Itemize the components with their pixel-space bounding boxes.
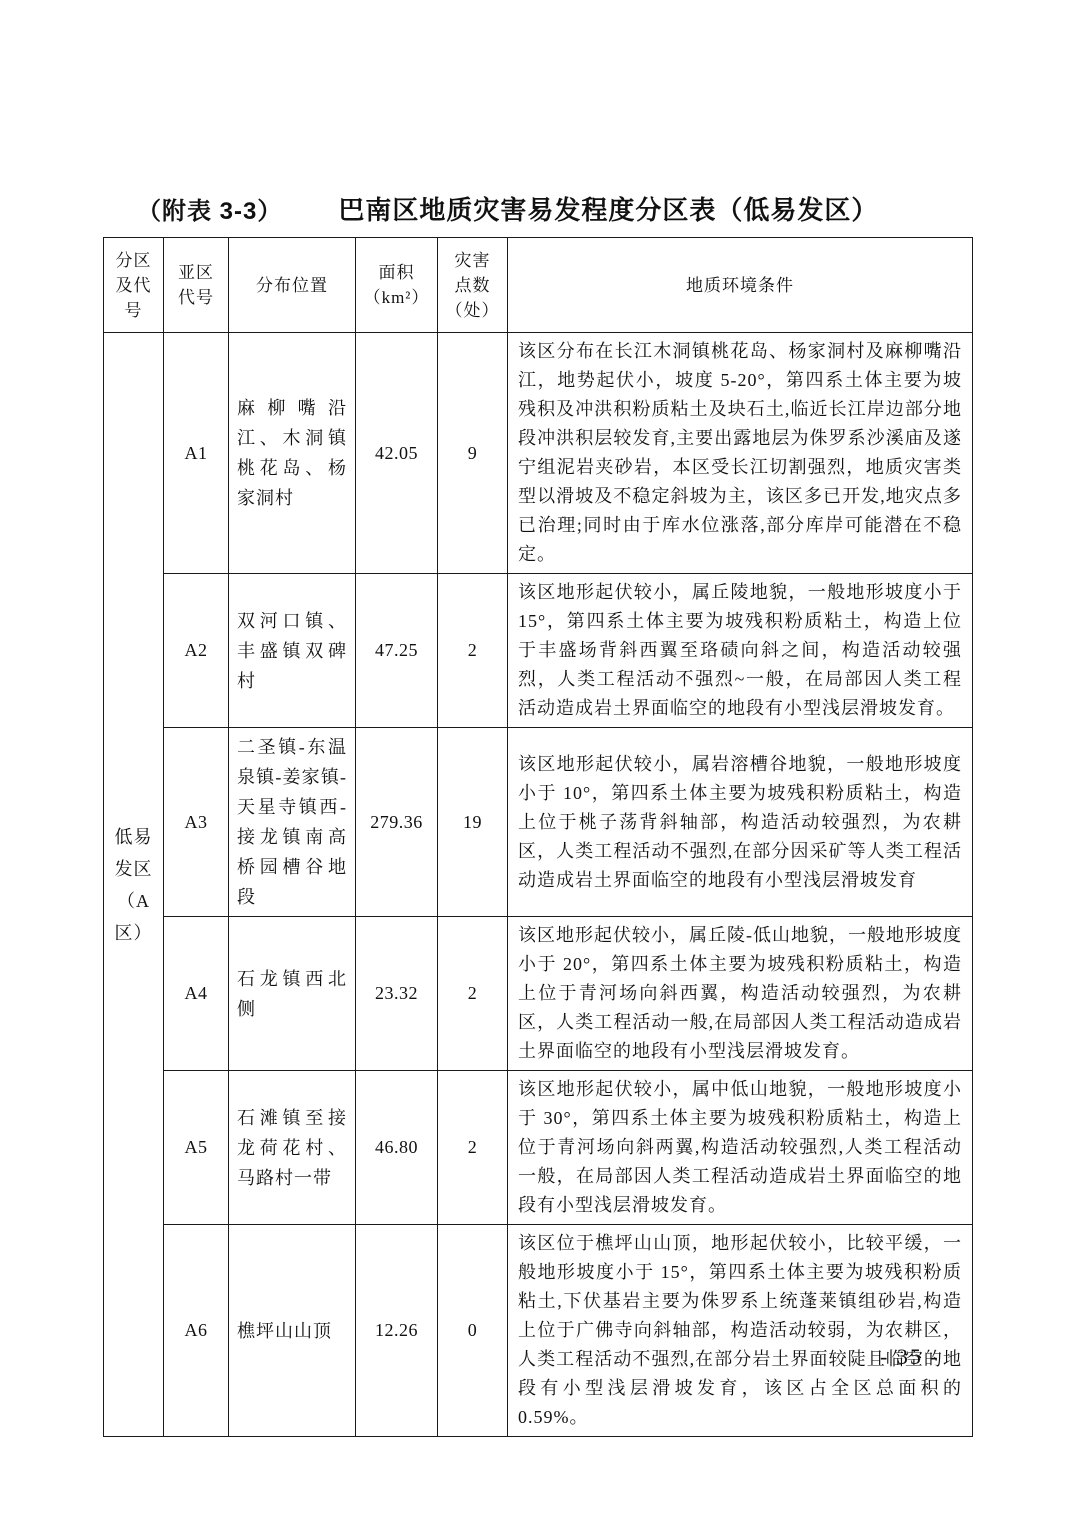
table-row-a4: A4 石龙镇西北侧 23.32 2 该区地形起伏较小，属丘陵-低山地貌，一般地形…	[104, 917, 973, 1071]
subzone-code-cell: A4	[164, 917, 229, 1071]
disaster-points-cell: 2	[438, 917, 508, 1071]
col-header-zone: 分区 及代 号	[104, 238, 164, 333]
subzone-code-cell: A1	[164, 333, 229, 574]
location-cell: 二圣镇-东温泉镇-姜家镇-天星寺镇西-接龙镇南高桥园槽谷地段	[229, 728, 356, 917]
subzone-code-cell: A6	[164, 1225, 229, 1437]
location-cell: 石龙镇西北侧	[229, 917, 356, 1071]
location-cell: 樵坪山山顶	[229, 1225, 356, 1437]
zoning-table: 分区 及代 号 亚区 代号 分布位置 面积 （km²） 灾害 点数 （处） 地质…	[103, 237, 973, 1437]
area-cell: 42.05	[356, 333, 438, 574]
disaster-points-cell: 2	[438, 1071, 508, 1225]
location-cell: 双河口镇、丰盛镇双碑村	[229, 574, 356, 728]
area-cell: 12.26	[356, 1225, 438, 1437]
table-row-a3: A3 二圣镇-东温泉镇-姜家镇-天星寺镇西-接龙镇南高桥园槽谷地段 279.36…	[104, 728, 973, 917]
disaster-points-cell: 9	[438, 333, 508, 574]
col-header-location: 分布位置	[229, 238, 356, 333]
table-row-a2: A2 双河口镇、丰盛镇双碑村 47.25 2 该区地形起伏较小，属丘陵地貌，一般…	[104, 574, 973, 728]
col-header-geo-condition: 地质环境条件	[508, 238, 973, 333]
col-header-area: 面积 （km²）	[356, 238, 438, 333]
subzone-code-cell: A2	[164, 574, 229, 728]
col-header-disaster-points: 灾害 点数 （处）	[438, 238, 508, 333]
page-number: - 35 -	[880, 1344, 940, 1370]
disaster-points-cell: 19	[438, 728, 508, 917]
geo-condition-cell: 该区位于樵坪山山顶，地形起伏较小，比较平缓，一般地形坡度小于 15°，第四系土体…	[508, 1225, 973, 1437]
caption-prefix: （附表 3-3）	[137, 191, 282, 226]
area-cell: 23.32	[356, 917, 438, 1071]
subzone-code-cell: A5	[164, 1071, 229, 1225]
subzone-code-cell: A3	[164, 728, 229, 917]
area-cell: 47.25	[356, 574, 438, 728]
geo-condition-cell: 该区分布在长江木洞镇桃花岛、杨家洞村及麻柳嘴沿江，地势起伏小，坡度 5-20°，…	[508, 333, 973, 574]
table-row-a6: A6 樵坪山山顶 12.26 0 该区位于樵坪山山顶，地形起伏较小，比较平缓，一…	[104, 1225, 973, 1437]
zone-merged-cell: 低易 发区 （A 区）	[104, 333, 164, 1437]
location-cell: 石滩镇至接龙荷花村、马路村一带	[229, 1071, 356, 1225]
geo-condition-cell: 该区地形起伏较小，属中低山地貌，一般地形坡度小于 30°，第四系土体主要为坡残积…	[508, 1071, 973, 1225]
geo-condition-cell: 该区地形起伏较小，属丘陵-低山地貌，一般地形坡度小于 20°，第四系土体主要为坡…	[508, 917, 973, 1071]
table-row-a1: 低易 发区 （A 区） A1 麻柳嘴沿江、木洞镇桃花岛、杨家洞村 42.05 9…	[104, 333, 973, 574]
location-cell: 麻柳嘴沿江、木洞镇桃花岛、杨家洞村	[229, 333, 356, 574]
page-title: 巴南区地质灾害易发程度分区表（低易发区）	[338, 190, 878, 227]
disaster-points-cell: 0	[438, 1225, 508, 1437]
geo-condition-cell: 该区地形起伏较小，属丘陵地貌，一般地形坡度小于 15°，第四系土体主要为坡残积粉…	[508, 574, 973, 728]
disaster-points-cell: 2	[438, 574, 508, 728]
area-cell: 279.36	[356, 728, 438, 917]
table-caption: （附表 3-3） 巴南区地质灾害易发程度分区表（低易发区）	[137, 190, 878, 227]
col-header-subzone-code: 亚区 代号	[164, 238, 229, 333]
table-header-row: 分区 及代 号 亚区 代号 分布位置 面积 （km²） 灾害 点数 （处） 地质…	[104, 238, 973, 333]
geo-condition-cell: 该区地形起伏较小，属岩溶槽谷地貌，一般地形坡度小于 10°，第四系土体主要为坡残…	[508, 728, 973, 917]
area-cell: 46.80	[356, 1071, 438, 1225]
table-row-a5: A5 石滩镇至接龙荷花村、马路村一带 46.80 2 该区地形起伏较小，属中低山…	[104, 1071, 973, 1225]
